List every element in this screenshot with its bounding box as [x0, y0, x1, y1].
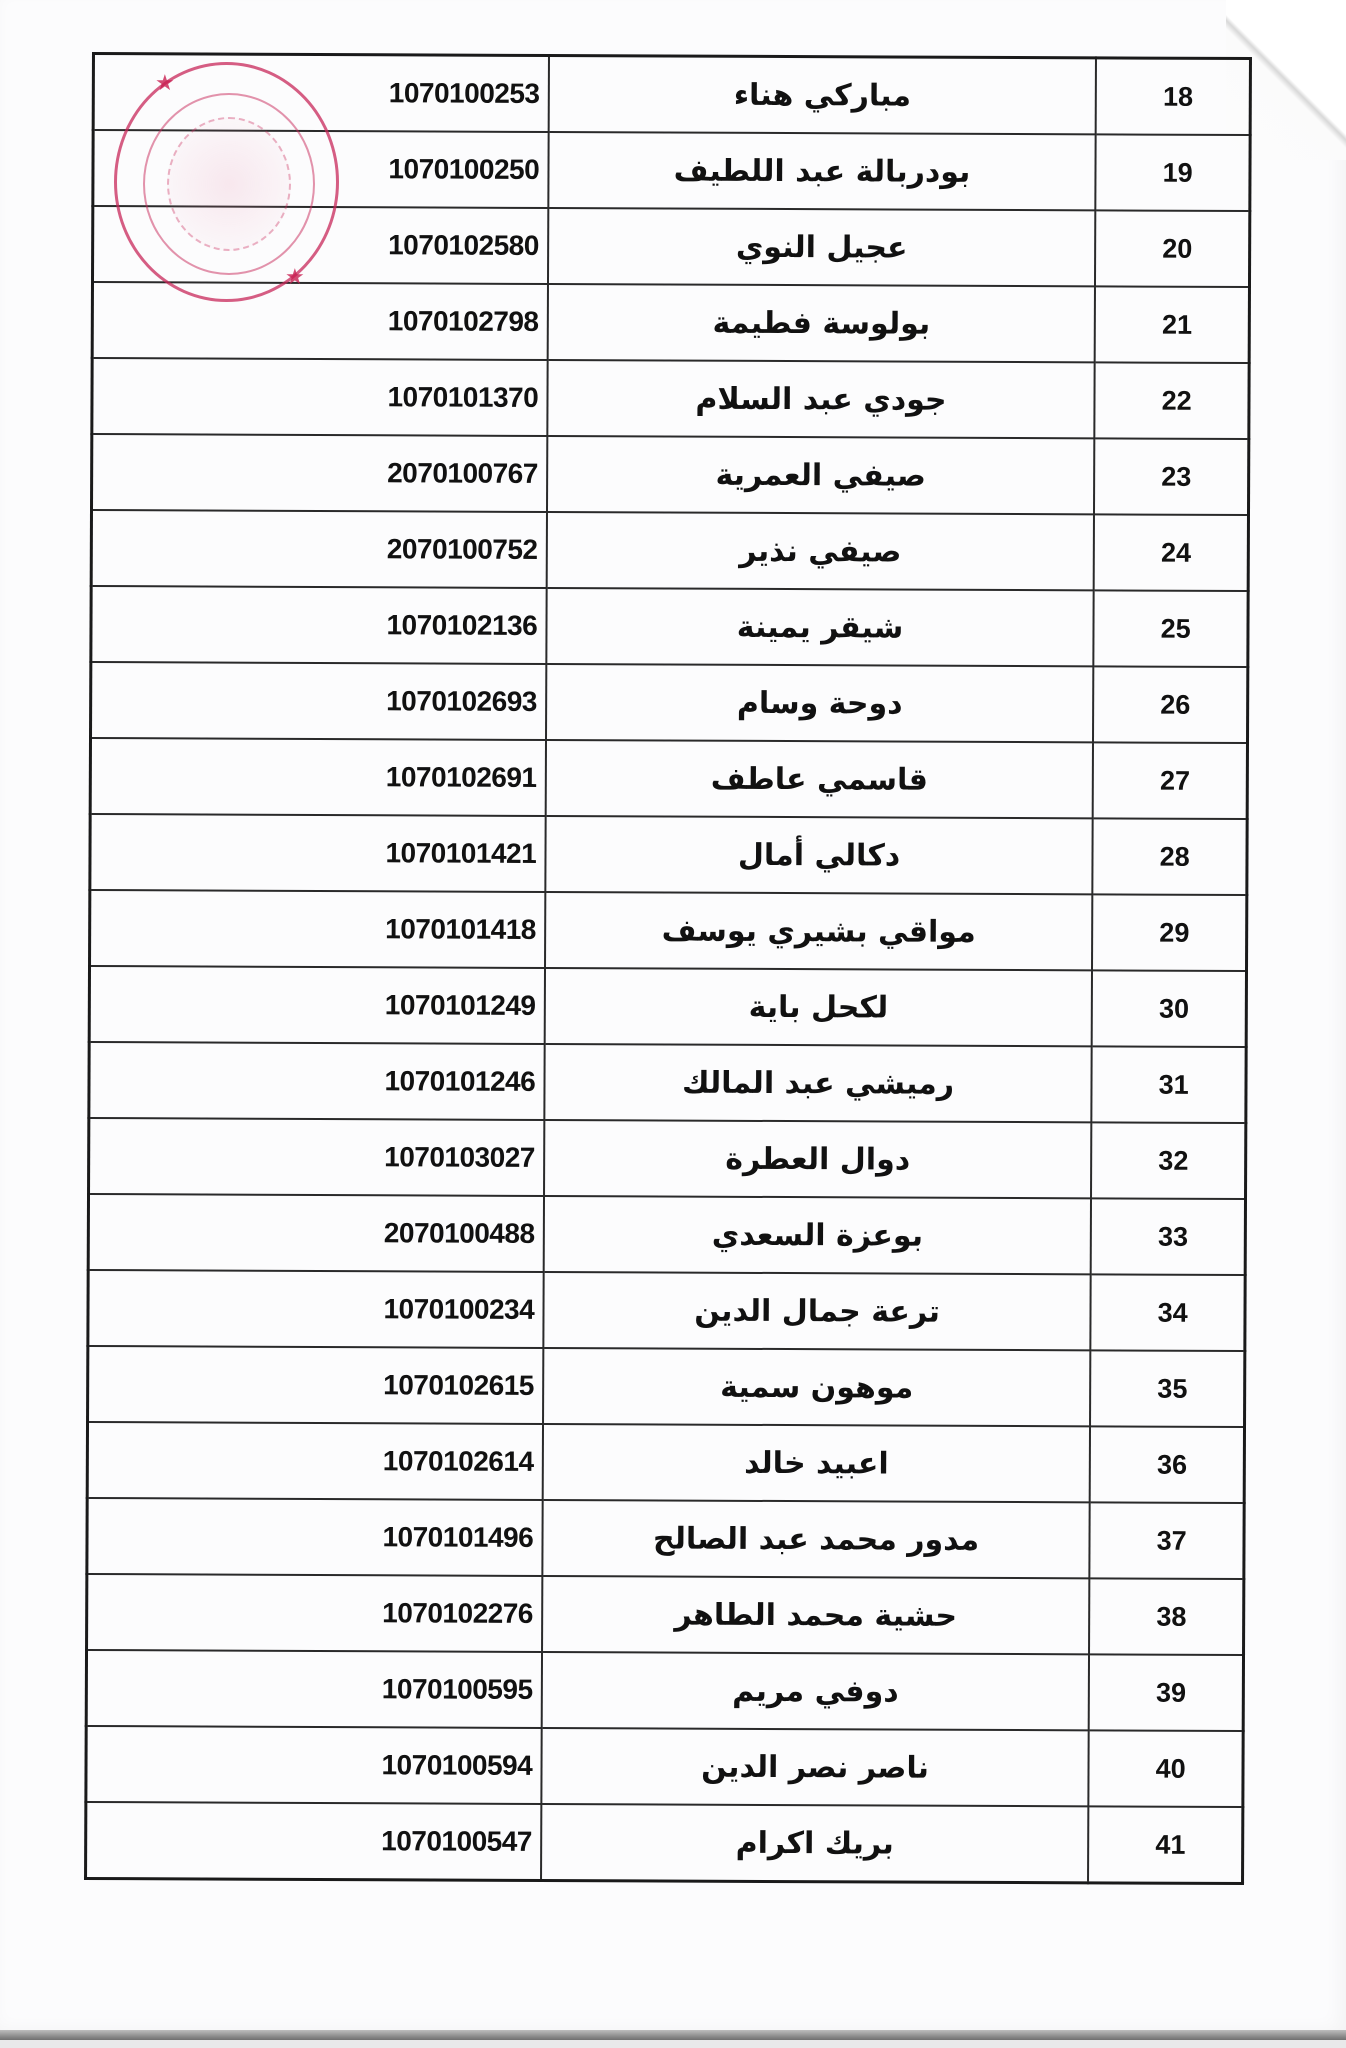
table-row: 2070100752 صيفي نذير 24	[91, 510, 1248, 591]
row-number-cell: 21	[1095, 286, 1249, 363]
registration-code-cell: 1070101246	[89, 1042, 545, 1120]
full-name-cell: دوال العطرة	[544, 1120, 1092, 1198]
registration-code-cell: 1070100595	[86, 1650, 542, 1728]
registration-code-cell: 1070101249	[89, 966, 545, 1044]
full-name-cell: ترعة جمال الدين	[543, 1272, 1091, 1350]
table-row: 1070102276 حشية محمد الطاهر 38	[87, 1574, 1244, 1655]
row-number-cell: 25	[1094, 590, 1248, 667]
row-number-cell: 19	[1096, 134, 1250, 211]
full-name-cell: بريك اكرام	[541, 1804, 1089, 1883]
registration-code-cell: 1070100547	[86, 1802, 542, 1880]
row-number-cell: 20	[1095, 210, 1249, 287]
table-row: 1070100234 ترعة جمال الدين 34	[88, 1270, 1245, 1351]
row-number-cell: 34	[1091, 1274, 1245, 1351]
table-row: 1070102614 اعبيد خالد 36	[87, 1422, 1244, 1503]
full-name-cell: بولوسة فطيمة	[547, 284, 1095, 362]
registration-code-cell: 1070101496	[87, 1498, 543, 1576]
table-row: 1070101246 رميشي عبد المالك 31	[89, 1042, 1246, 1123]
row-number-cell: 22	[1095, 362, 1249, 439]
registration-code-cell: 1070102276	[87, 1574, 543, 1652]
registration-code-cell: 1070102615	[88, 1346, 544, 1424]
row-number-cell: 28	[1093, 818, 1247, 895]
row-number-cell: 29	[1092, 894, 1246, 971]
table-row: 1070100595 دوفي مريم 39	[86, 1650, 1243, 1731]
table-row: 1070101496 مدور محمد عبد الصالح 37	[87, 1498, 1244, 1579]
registration-code-cell: 1070100234	[88, 1270, 544, 1348]
registration-code-cell: 1070101421	[90, 814, 546, 892]
row-number-cell: 30	[1092, 970, 1246, 1047]
full-name-cell: دكالي أمال	[545, 816, 1093, 894]
row-number-cell: 23	[1094, 438, 1248, 515]
full-name-cell: قاسمي عاطف	[545, 740, 1093, 818]
table-row: 1070102693 دوحة وسام 26	[91, 662, 1248, 743]
registration-code-cell: 1070102614	[87, 1422, 543, 1500]
table-body: 1070100253 مباركي هناء 18 1070100250 بود…	[86, 54, 1251, 1884]
registration-code-cell: 2070100488	[88, 1194, 544, 1272]
full-name-cell: عجيل النوي	[548, 208, 1096, 286]
registration-code-cell: 1070103027	[89, 1118, 545, 1196]
table-row: 1070101370 جودي عبد السلام 22	[92, 358, 1249, 439]
row-number-cell: 32	[1091, 1122, 1245, 1199]
full-name-cell: جودي عبد السلام	[547, 360, 1095, 438]
row-number-cell: 39	[1089, 1654, 1243, 1731]
table-row: 2070100767 صيفي العمرية 23	[92, 434, 1249, 515]
row-number-cell: 31	[1092, 1046, 1246, 1123]
registration-code-cell: 1070100594	[86, 1726, 542, 1804]
registration-code-cell: 1070102693	[91, 662, 547, 740]
registration-code-cell: 1070100253	[93, 54, 549, 132]
table-row: 1070101249 لكحل باية 30	[89, 966, 1246, 1047]
full-name-cell: بودربالة عبد اللطيف	[548, 132, 1096, 210]
table-row: 1070102615 موهون سمية 35	[88, 1346, 1245, 1427]
registration-code-cell: 1070100250	[93, 130, 549, 208]
full-name-cell: مواقي بشيري يوسف	[545, 892, 1093, 970]
row-number-cell: 41	[1088, 1806, 1242, 1883]
full-name-cell: حشية محمد الطاهر	[542, 1576, 1090, 1654]
full-name-cell: دوحة وسام	[546, 664, 1094, 742]
row-number-cell: 33	[1091, 1198, 1245, 1275]
table-row: 1070101421 دكالي أمال 28	[90, 814, 1247, 895]
full-name-cell: بوعزة السعدي	[543, 1196, 1091, 1274]
registration-code-cell: 1070101370	[92, 358, 548, 436]
full-name-cell: اعبيد خالد	[542, 1424, 1090, 1502]
full-name-cell: لكحل باية	[544, 968, 1092, 1046]
row-number-cell: 35	[1090, 1350, 1244, 1427]
row-number-cell: 40	[1089, 1730, 1243, 1807]
table-row: 1070101418 مواقي بشيري يوسف 29	[90, 890, 1247, 971]
table-row: 1070102798 بولوسة فطيمة 21	[92, 282, 1249, 363]
full-name-cell: مدور محمد عبد الصالح	[542, 1500, 1090, 1578]
table-row: 1070100250 بودربالة عبد اللطيف 19	[93, 130, 1250, 211]
registration-code-cell: 1070101418	[90, 890, 546, 968]
table-row: 2070100488 بوعزة السعدي 33	[88, 1194, 1245, 1275]
name-list-table: 1070100253 مباركي هناء 18 1070100250 بود…	[84, 52, 1252, 1885]
full-name-cell: شيقر يمينة	[546, 588, 1094, 666]
table-row: 1070100594 ناصر نصر الدين 40	[86, 1726, 1243, 1807]
registration-code-cell: 1070102580	[92, 206, 548, 284]
full-name-cell: رميشي عبد المالك	[544, 1044, 1092, 1122]
registration-code-cell: 1070102798	[92, 282, 548, 360]
table-row: 1070102136 شيقر يمينة 25	[91, 586, 1248, 667]
table-row: 1070103027 دوال العطرة 32	[89, 1118, 1246, 1199]
full-name-cell: ناصر نصر الدين	[541, 1728, 1089, 1806]
table-row: 1070102580 عجيل النوي 20	[92, 206, 1249, 287]
row-number-cell: 26	[1093, 666, 1247, 743]
full-name-cell: مباركي هناء	[548, 55, 1096, 134]
table-row: 1070100253 مباركي هناء 18	[93, 54, 1250, 136]
row-number-cell: 38	[1089, 1578, 1243, 1655]
registration-code-cell: 2070100752	[91, 510, 547, 588]
row-number-cell: 27	[1093, 742, 1247, 819]
registration-code-cell: 1070102691	[90, 738, 546, 816]
full-name-cell: صيفي العمرية	[547, 436, 1095, 514]
row-number-cell: 36	[1090, 1426, 1244, 1503]
registration-code-cell: 2070100767	[92, 434, 548, 512]
table-row: 1070100547 بريك اكرام 41	[86, 1802, 1243, 1884]
full-name-cell: موهون سمية	[543, 1348, 1091, 1426]
full-name-cell: صيفي نذير	[546, 512, 1094, 590]
table-row: 1070102691 قاسمي عاطف 27	[90, 738, 1247, 819]
row-number-cell: 24	[1094, 514, 1248, 591]
scanned-page: 1070100253 مباركي هناء 18 1070100250 بود…	[0, 0, 1346, 2040]
page-bottom-edge	[0, 2030, 1346, 2040]
full-name-cell: دوفي مريم	[541, 1652, 1089, 1730]
registration-code-cell: 1070102136	[91, 586, 547, 664]
row-number-cell: 37	[1090, 1502, 1244, 1579]
row-number-cell: 18	[1096, 58, 1250, 135]
